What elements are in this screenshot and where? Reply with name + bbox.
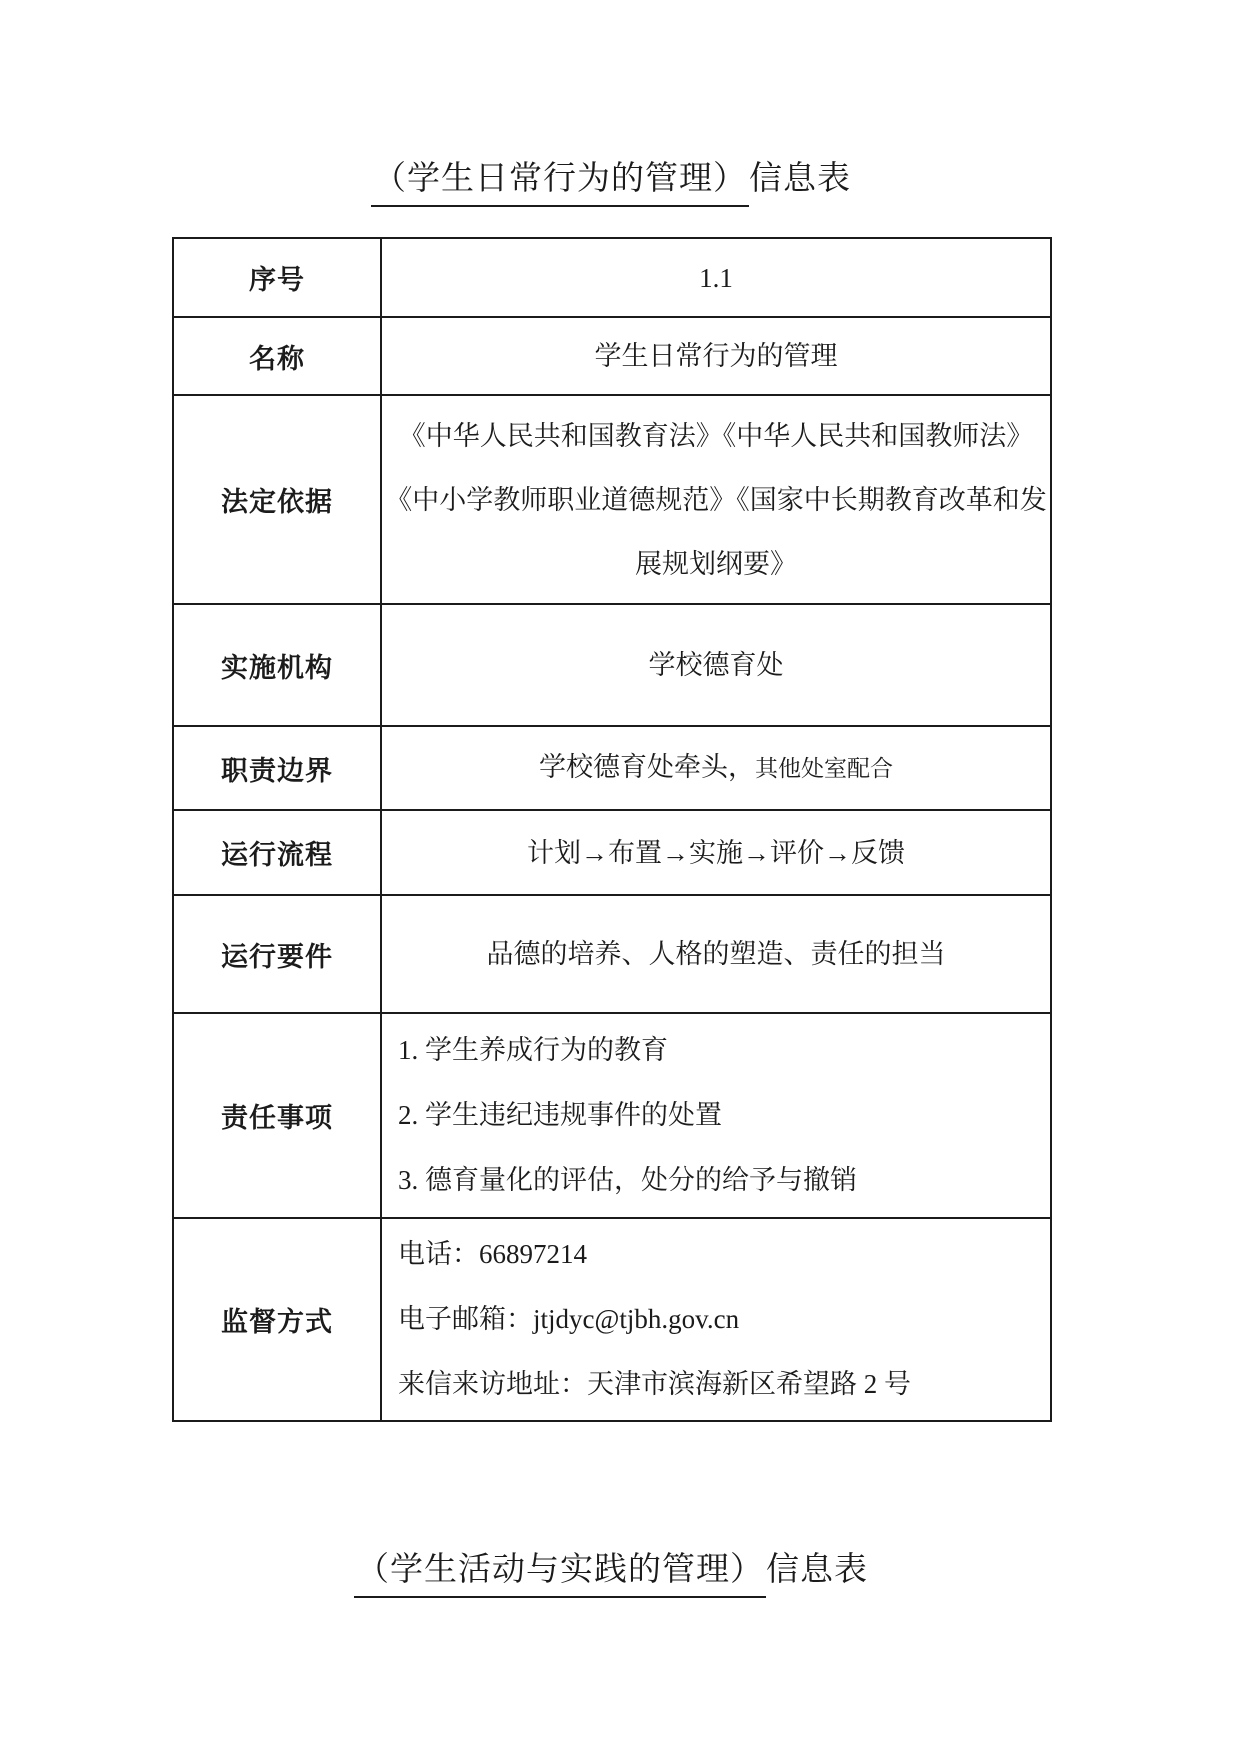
- row-value: 1. 学生养成行为的教育 2. 学生违纪违规事件的处置 3. 德育量化的评估，处…: [381, 1013, 1051, 1218]
- row-value: 学校德育处: [381, 604, 1051, 726]
- row-value-main: 学校德育处牵头，: [539, 752, 755, 782]
- row-value: 学生日常行为的管理: [381, 317, 1051, 395]
- row-label: 实施机构: [173, 604, 381, 726]
- table1-title: （学生日常行为的管理）信息表: [172, 158, 1050, 207]
- list-item: 3. 德育量化的评估，处分的给予与撤销: [398, 1148, 1050, 1213]
- table-row-yunxing-liucheng: 运行流程 计划→布置→实施→评价→反馈: [173, 810, 1051, 895]
- row-label: 监督方式: [173, 1218, 381, 1421]
- table-row-shishi-jigou: 实施机构 学校德育处: [173, 604, 1051, 726]
- row-label: 职责边界: [173, 726, 381, 810]
- row-label: 责任事项: [173, 1013, 381, 1218]
- table1-title-suffix: 信息表: [749, 161, 851, 197]
- table2-title-underlined: （学生活动与实践的管理）: [354, 1549, 766, 1598]
- table-row-mingcheng: 名称 学生日常行为的管理: [173, 317, 1051, 395]
- list-item: 1. 学生养成行为的教育: [398, 1018, 1050, 1083]
- row-value: 《中华人民共和国教育法》《中华人民共和国教师法》《中小学教师职业道德规范》《国家…: [381, 395, 1051, 604]
- table-row-jiandu-fangshi: 监督方式 电话：66897214 电子邮箱：jtjdyc@tjbh.gov.cn…: [173, 1218, 1051, 1421]
- email-line: 电子邮箱：jtjdyc@tjbh.gov.cn: [398, 1287, 1050, 1352]
- row-label: 运行要件: [173, 895, 381, 1013]
- table-row-xuhao: 序号 1.1: [173, 238, 1051, 317]
- table-row-zhize-bianjie: 职责边界 学校德育处牵头，其他处室配合: [173, 726, 1051, 810]
- address-line: 来信来访地址：天津市滨海新区希望路 2 号: [398, 1352, 1050, 1417]
- document-page: （学生日常行为的管理）信息表 序号 1.1 名称 学生日常行为的管理 法定依据 …: [0, 0, 1241, 1754]
- row-value: 学校德育处牵头，其他处室配合: [381, 726, 1051, 810]
- table-row-zeren-shixiang: 责任事项 1. 学生养成行为的教育 2. 学生违纪违规事件的处置 3. 德育量化…: [173, 1013, 1051, 1218]
- row-value: 1.1: [381, 238, 1051, 317]
- table-row-fading-yiju: 法定依据 《中华人民共和国教育法》《中华人民共和国教师法》《中小学教师职业道德规…: [173, 395, 1051, 604]
- table2-title-suffix: 信息表: [766, 1552, 868, 1588]
- table2-title: （学生活动与实践的管理）信息表: [172, 1549, 1050, 1598]
- phone-line: 电话：66897214: [398, 1222, 1050, 1287]
- row-value: 电话：66897214 电子邮箱：jtjdyc@tjbh.gov.cn 来信来访…: [381, 1218, 1051, 1421]
- info-table: 序号 1.1 名称 学生日常行为的管理 法定依据 《中华人民共和国教育法》《中华…: [172, 237, 1052, 1422]
- row-label: 法定依据: [173, 395, 381, 604]
- row-value: 计划→布置→实施→评价→反馈: [381, 810, 1051, 895]
- table1-title-underlined: （学生日常行为的管理）: [371, 158, 749, 207]
- row-label: 名称: [173, 317, 381, 395]
- list-item: 2. 学生违纪违规事件的处置: [398, 1083, 1050, 1148]
- row-value: 品德的培养、人格的塑造、责任的担当: [381, 895, 1051, 1013]
- row-value-note: 其他处室配合: [755, 756, 893, 781]
- row-label: 运行流程: [173, 810, 381, 895]
- table-row-yunxing-yaojian: 运行要件 品德的培养、人格的塑造、责任的担当: [173, 895, 1051, 1013]
- row-label: 序号: [173, 238, 381, 317]
